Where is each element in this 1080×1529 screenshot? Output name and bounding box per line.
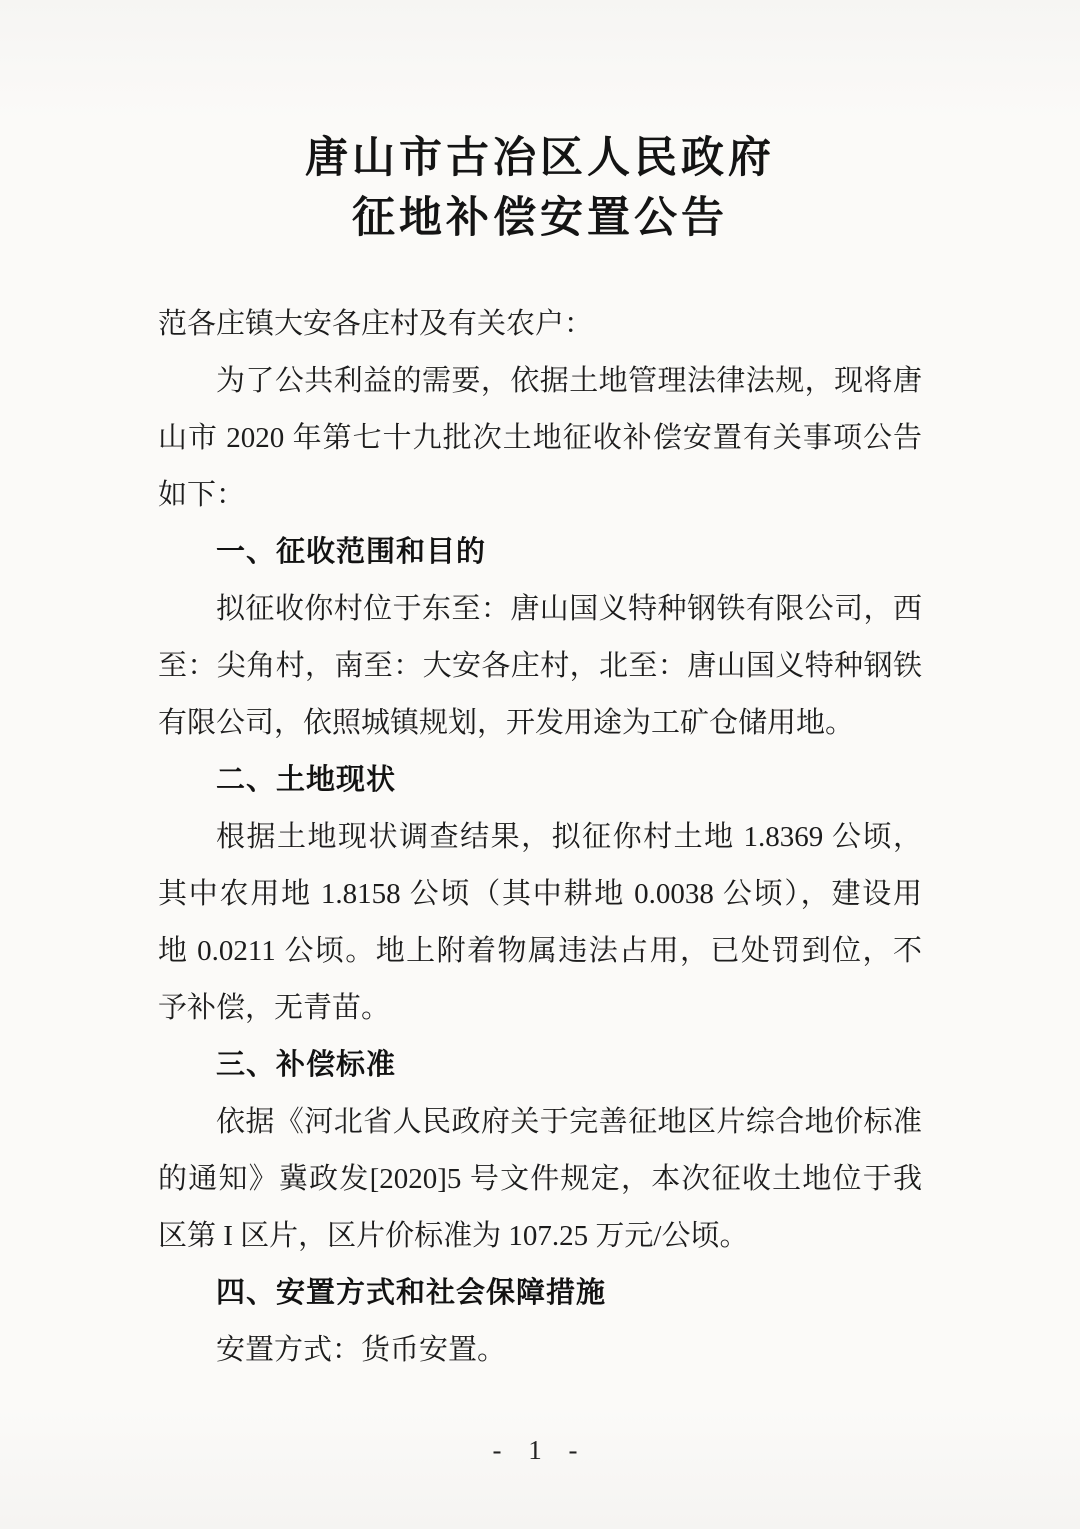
section1-heading: 一、征收范围和目的 [158,524,922,581]
section2-line: 地 0.0211 公顷。地上附着物属违法占用，已处罚到位，不 [158,923,922,980]
section1-line: 有限公司，依照城镇规划，开发用途为工矿仓储用地。 [158,695,922,752]
section2-line: 予补偿，无青苗。 [158,980,922,1037]
section3-line: 区第 I 区片，区片价标准为 107.25 万元/公顷。 [158,1208,922,1265]
section1-line: 至：尖角村，南至：大安各庄村，北至：唐山国义特种钢铁 [158,638,922,695]
section2-line: 根据土地现状调查结果，拟征你村土地 1.8369 公顷， [158,809,922,866]
intro-line: 山市 2020 年第七十九批次土地征收补偿安置有关事项公告 [158,410,922,467]
title-line-2: 征地补偿安置公告 [0,188,1080,248]
section2-line: 其中农用地 1.8158 公顷（其中耕地 0.0038 公顷），建设用 [158,866,922,923]
section4-line: 安置方式：货币安置。 [158,1322,922,1379]
section4-heading: 四、安置方式和社会保障措施 [158,1265,922,1322]
section3-heading: 三、补偿标准 [158,1037,922,1094]
document-title: 唐山市古冶区人民政府 征地补偿安置公告 [0,0,1080,248]
section3-line: 依据《河北省人民政府关于完善征地区片综合地价标准 [158,1094,922,1151]
salutation: 范各庄镇大安各庄村及有关农户： [158,296,922,353]
title-line-1: 唐山市古冶区人民政府 [0,128,1080,188]
page-number: - 1 - [0,1435,1080,1466]
section3-line: 的通知》冀政发[2020]5 号文件规定，本次征收土地位于我 [158,1151,922,1208]
intro-line: 为了公共利益的需要，依据土地管理法律法规，现将唐 [158,353,922,410]
scanned-document-page: 唐山市古冶区人民政府 征地补偿安置公告 范各庄镇大安各庄村及有关农户： 为了公共… [0,0,1080,1529]
section2-heading: 二、土地现状 [158,752,922,809]
document-body: 范各庄镇大安各庄村及有关农户： 为了公共利益的需要，依据土地管理法律法规，现将唐… [0,296,1080,1379]
section1-line: 拟征收你村位于东至：唐山国义特种钢铁有限公司，西 [158,581,922,638]
intro-line: 如下： [158,467,922,524]
